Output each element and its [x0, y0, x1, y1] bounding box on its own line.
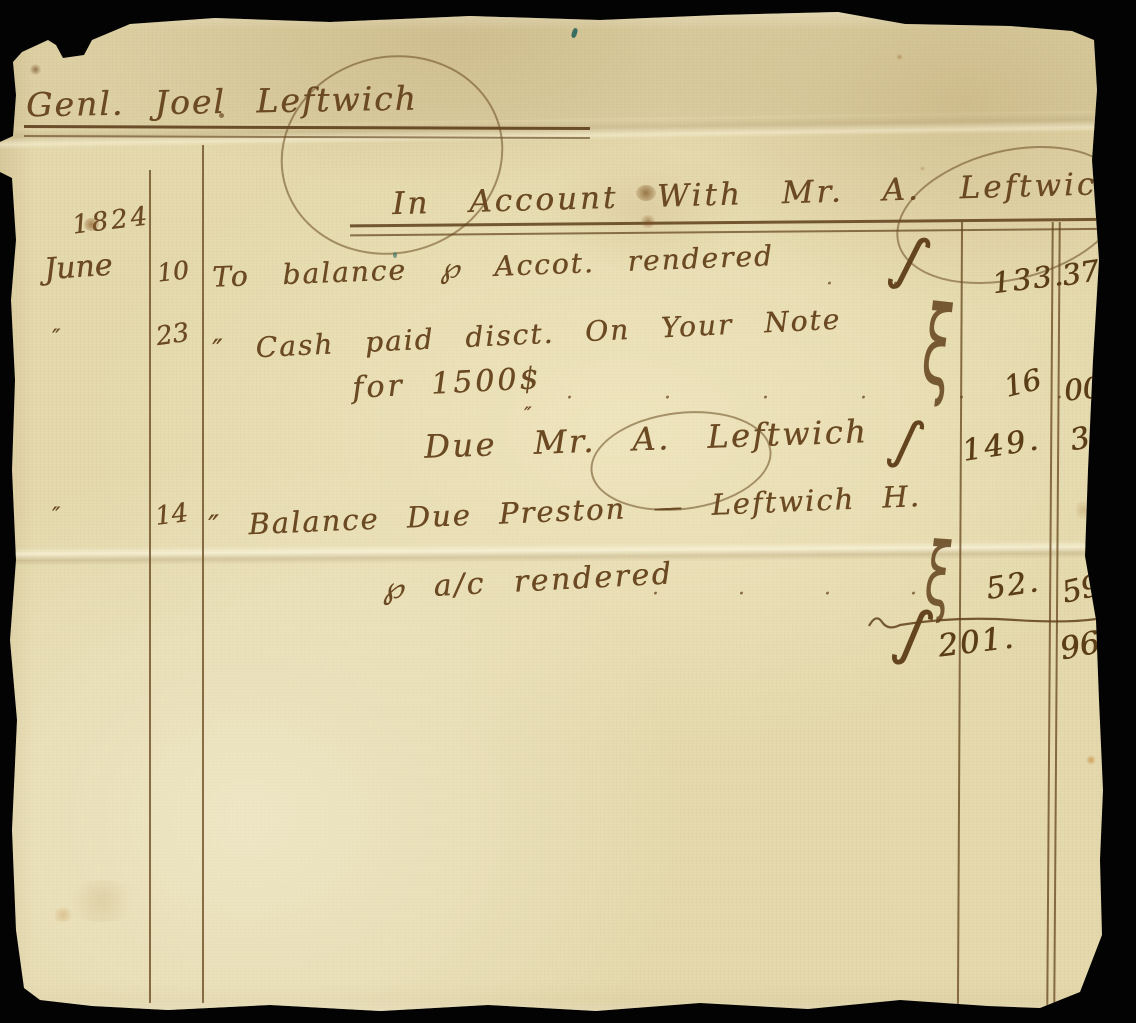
entry-month-ditto: ″	[52, 504, 60, 529]
paper-stain	[62, 880, 142, 922]
entry-description: To balance ℘ Accot. rendered	[212, 239, 775, 294]
column-rule-date-right	[202, 145, 204, 1003]
entry-day: 14	[153, 498, 190, 532]
currency-flourish-icon: ∫∫	[883, 410, 904, 462]
amount-dollars: 149.	[960, 422, 1043, 469]
amount-cents: 00	[1062, 370, 1102, 408]
entry-day: 23	[154, 318, 191, 352]
year-label: 1824	[70, 201, 151, 240]
paper-stain	[1076, 498, 1091, 522]
brace-flourish-icon: ξ	[924, 530, 951, 619]
entry-description: ″ Cash paid disct. On Your Note	[212, 303, 842, 367]
paper-speck	[1086, 755, 1096, 765]
scan-background: Genl. Joel Leftwich In Account With Mr. …	[0, 0, 1136, 1023]
total-amount-cents: 96	[1057, 625, 1103, 668]
entry-description-cont: for 1500$	[351, 361, 542, 406]
amount-cents: 37	[1067, 417, 1111, 459]
amount-dollars: 52.	[984, 564, 1043, 607]
column-rule-date-left	[149, 170, 151, 1003]
ditto-mark: ″	[524, 402, 531, 426]
entry-description: ℘ a/c rendered	[381, 556, 674, 606]
leader-dots: · ·	[826, 272, 925, 297]
entry-day: 10	[156, 255, 191, 287]
amount-cents: 37	[1060, 253, 1102, 292]
entry-description: ″ Balance Due Preston — Leftwich H.	[208, 479, 922, 543]
foxing-spot	[920, 166, 925, 171]
ledger-paper: Genl. Joel Leftwich In Account With Mr. …	[0, 0, 1136, 1023]
amount-cents: 59	[1059, 568, 1104, 611]
amount-dollars: 133.	[990, 258, 1066, 301]
brace-flourish-icon: ξ	[921, 292, 953, 404]
paper-stain	[52, 908, 74, 922]
entry-month-ditto: ″	[52, 326, 60, 351]
entry-month: June	[43, 248, 114, 288]
